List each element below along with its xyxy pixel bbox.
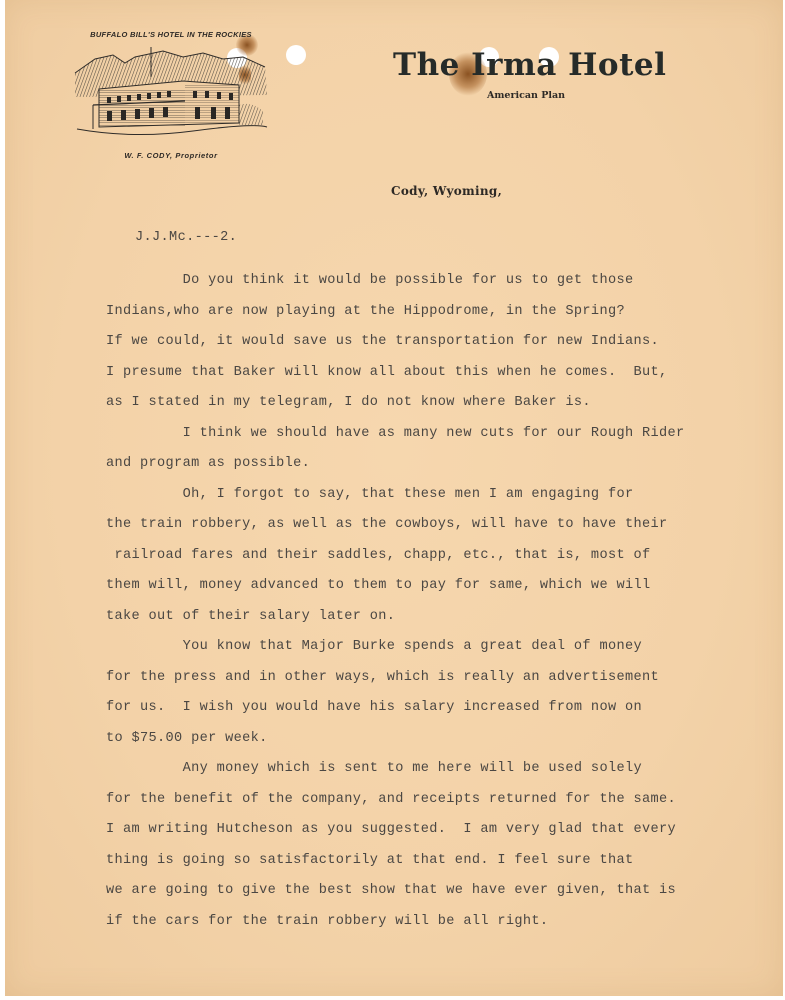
letter-body-line: thing is going so satisfactorily at that…: [106, 853, 633, 868]
letter-body-line: I am writing Hutcheson as you suggested.…: [106, 822, 676, 837]
letter-body-line: I presume that Baker will know all about…: [106, 365, 668, 380]
letter-body-line: as I stated in my telegram, I do not kno…: [106, 395, 591, 410]
letter-body-line: for the press and in other ways, which i…: [106, 670, 659, 685]
letter-body-line: I think we should have as many new cuts …: [106, 426, 685, 441]
letter-body-line: the train robbery, as well as the cowboy…: [106, 517, 668, 532]
letter-body-line: You know that Major Burke spends a great…: [106, 639, 642, 654]
letter-body-line: take out of their salary later on.: [106, 609, 395, 624]
letter-body-line: for the benefit of the company, and rece…: [106, 792, 676, 807]
letter-page: BUFFALO BILL'S HOTEL IN THE ROCKIES: [5, 0, 783, 996]
letter-body-line: if the cars for the train robbery will b…: [106, 914, 548, 929]
letter-body: Do you think it would be possible for us…: [106, 0, 746, 996]
letter-body-line: Do you think it would be possible for us…: [106, 273, 633, 288]
letter-body-line: railroad fares and their saddles, chapp,…: [106, 548, 650, 563]
letter-body-line: If we could, it would save us the transp…: [106, 334, 659, 349]
letter-body-line: and program as possible.: [106, 456, 310, 471]
letter-body-line: for us. I wish you would have his salary…: [106, 700, 642, 715]
letter-body-line: them will, money advanced to them to pay…: [106, 578, 650, 593]
letter-body-line: Oh, I forgot to say, that these men I am…: [106, 487, 633, 502]
letter-body-line: to $75.00 per week.: [106, 731, 268, 746]
letter-body-line: Indians,who are now playing at the Hippo…: [106, 304, 625, 319]
letter-body-line: we are going to give the best show that …: [106, 883, 676, 898]
letter-body-line: Any money which is sent to me here will …: [106, 761, 642, 776]
